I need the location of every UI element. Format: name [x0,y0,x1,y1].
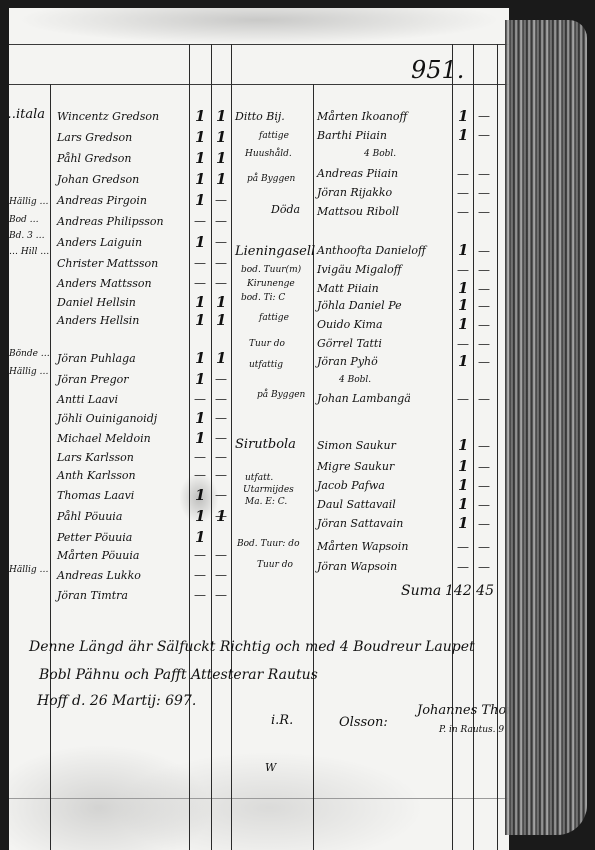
count-mark: — [194,215,206,227]
count-mark: 1 [195,130,205,145]
count-mark: 1 [195,488,205,503]
list-item: 4 Bobl. [364,150,396,159]
signature-name-2: Johannes Thorn [417,704,509,717]
header-rule [9,84,509,85]
list-item: Anthoofta Danieloff [317,245,426,256]
note: Bod. Tuur: do [237,540,300,549]
count-mark: — [478,264,490,276]
list-item: Andreas Philipsson [57,216,164,227]
list-item: Ivigäu Migaloff [317,264,402,275]
list-item: Johan Gredson [57,174,139,185]
book-page-edges [505,20,587,835]
col-line-count1-left [189,44,190,850]
page-number: 951. [411,58,464,82]
note: bod. Tuur(m) [241,266,301,275]
list-item: Barthi Piiain [317,130,387,141]
count-mark: 1 [216,130,226,145]
margin-label: Hällig … [9,368,48,377]
list-item: Antti Laavi [57,394,118,405]
count-mark: — [215,412,227,424]
count-mark: — [478,461,490,473]
count-mark: — [215,549,227,561]
list-item: Jöran Sattavain [317,518,403,529]
col-line-name-right [313,84,314,850]
list-item: Christer Mattsson [57,258,158,269]
count-mark: — [194,549,206,561]
note: Ma. E: C. [245,498,287,507]
place-name: Sirutbola [235,438,296,451]
attestation-line-2: Bobl Pähnu och Pafft Attesterar Rautus [39,668,318,682]
count-mark: — [478,206,490,218]
count-mark: 1 [195,109,205,124]
count-mark: 1 [195,235,205,250]
count-mark: — [478,338,490,350]
count-mark: 1 [216,295,226,310]
list-item: Jöran Timtra [57,590,128,601]
count-mark: — [215,569,227,581]
count-mark: — [457,561,469,573]
count-mark: 1 [458,459,468,474]
note: utfatt. [245,474,273,483]
signature-title: P. in Rautus. 9 [439,726,504,735]
list-item: Jöhli Ouiniganoidj [57,413,157,424]
count-mark: — [194,257,206,269]
col-line-mid [231,44,232,850]
list-item: Lars Karlsson [57,452,134,463]
count-mark: — [457,168,469,180]
list-item: Matt Piiain [317,283,379,294]
count-mark: — [478,187,490,199]
count-mark: — [457,338,469,350]
col-line-count2-left [211,44,212,850]
list-item: Michael Meldoin [57,433,151,444]
count-mark: 1 [458,243,468,258]
list-item: Anth Karlsson [57,470,136,481]
bottom-rule [9,798,509,799]
list-item: Lars Gredson [57,132,132,143]
list-item: Görrel Tatti [317,338,382,349]
margin-label: … Hill … [9,248,49,257]
place-name: Lieningasell [235,245,315,258]
list-item: Jöhla Daniel Pe [317,300,402,311]
count-mark: 1 [195,351,205,366]
list-item: Jöran Rijakko [317,187,392,198]
list-item: Andreas Pirgoin [57,195,147,206]
list-item: Jöran Wapsoin [317,561,397,572]
list-item: Petter Pöuuia [57,532,132,543]
list-item: Ouido Kima [317,319,383,330]
count-mark: — [215,432,227,444]
count-mark: 1 [458,478,468,493]
list-item: Andreas Lukko [57,570,141,581]
count-mark: — [215,215,227,227]
bottom-mark: W [265,762,276,773]
note: Döda [271,204,300,215]
list-item: 4 Bobl. [339,376,371,385]
list-item: Thomas Laavi [57,490,134,501]
list-item: Mårten Pöuuia [57,550,139,561]
count-mark: — [215,393,227,405]
note: Kirunenge [247,280,295,289]
count-mark: — [457,393,469,405]
count-mark: 1 [458,109,468,124]
margin-label: Hällig … [9,198,48,207]
count-mark: 1 [216,509,226,524]
attestation-line-1: Denne Längd ähr Sälfuckt Richtig och med… [29,640,475,654]
count-mark: 1 [195,530,205,545]
sum-label: Suma [401,584,441,598]
list-item: Johan Lambangä [317,393,411,404]
count-mark: 1 [195,295,205,310]
count-mark: — [478,356,490,368]
count-mark: 1 [458,128,468,143]
count-mark: — [478,541,490,553]
note: Huushåld. [245,150,292,159]
list-item: Mårten Wapsoin [317,541,408,552]
count-mark: 1 [216,109,226,124]
margin-label: Hällig … [9,566,48,575]
list-item: Jöran Pyhö [317,356,378,367]
note: Ditto Bij. [235,111,285,122]
list-item: Jacob Pafwa [317,480,385,491]
count-mark: — [478,499,490,511]
col-line-name-left [50,84,51,850]
count-mark: — [478,561,490,573]
list-item: Simon Saukur [317,440,396,451]
count-mark: — [478,393,490,405]
count-mark: — [215,469,227,481]
signature-name-1: Olsson: [339,716,388,729]
list-item: Daniel Hellsin [57,297,136,308]
list-item: Anders Mattsson [57,278,152,289]
note: på Byggen [257,391,305,400]
count-mark: — [478,480,490,492]
count-mark: 1 [216,351,226,366]
list-item: Anders Hellsin [57,315,139,326]
count-mark: — [478,129,490,141]
count-mark: — [457,541,469,553]
list-item: Migre Saukur [317,461,394,472]
list-item: Mattsou Riboll [317,206,399,217]
margin-label: Bod … [9,216,39,225]
count-mark: — [215,257,227,269]
count-mark: — [457,264,469,276]
count-mark: 1 [216,172,226,187]
count-mark: — [194,589,206,601]
count-mark: — [478,110,490,122]
list-item: Mårten Ikoanoff [317,111,407,122]
count-mark: 1 [216,151,226,166]
list-item: Andreas Piiain [317,168,398,179]
top-rule [9,44,509,45]
left-place-name: …itala [9,108,45,121]
count-mark: 1 [458,317,468,332]
count-mark: — [457,206,469,218]
list-item: Jöran Puhlaga [57,353,136,364]
sum-value: 142 45 [445,584,494,598]
count-mark: — [478,245,490,257]
note: Tuur do [257,561,293,570]
count-mark: 1 [195,172,205,187]
count-mark: — [215,589,227,601]
count-mark: 1 [195,509,205,524]
count-mark: 1 [458,298,468,313]
count-mark: — [457,187,469,199]
list-item: Wincentz Gredson [57,111,159,122]
count-mark: — [478,283,490,295]
count-mark: 1 [458,438,468,453]
note: på Byggen [247,175,295,184]
note: bod. Ti: C [241,294,285,303]
count-mark: — [194,451,206,463]
count-mark: 1 [195,151,205,166]
margin-label: Bönde … [9,350,50,359]
note: fattige [259,314,289,323]
count-mark: — [215,451,227,463]
count-mark: — [215,194,227,206]
list-item: Anders Laiguin [57,237,142,248]
count-mark: — [478,300,490,312]
count-mark: — [194,393,206,405]
count-mark: — [215,489,227,501]
note: utfattig [249,361,283,370]
count-mark: — [478,168,490,180]
count-mark: — [194,569,206,581]
count-mark: 1 [195,431,205,446]
margin-label: Bd. 3 … [9,232,45,241]
count-mark: — [478,518,490,530]
signature-initials: i.R. [271,714,293,727]
list-item: Påhl Gredson [57,153,132,164]
count-mark: 1 [195,372,205,387]
count-mark: — [478,319,490,331]
count-mark: 1 [195,193,205,208]
count-mark: 1 [195,411,205,426]
count-mark: — [215,373,227,385]
ledger-page: 951. …itala Hällig … Bod … Bd. 3 … … Hil… [9,8,509,850]
count-mark: 1 [216,313,226,328]
note: fattige [259,132,289,141]
count-mark: 1 [458,281,468,296]
count-mark: — [215,236,227,248]
list-item: Daul Sattavail [317,499,396,510]
count-mark: — [194,277,206,289]
count-mark: — [194,469,206,481]
note: Utarmijdes [243,486,294,495]
count-mark: 1 [195,313,205,328]
count-mark: 1 [458,497,468,512]
count-mark: 1 [458,354,468,369]
count-mark: 1 [458,516,468,531]
list-item: Jöran Pregor [57,374,129,385]
count-mark: — [215,277,227,289]
list-item: Påhl Pöuuia [57,511,122,522]
count-mark: — [478,440,490,452]
note: Tuur do [249,340,285,349]
attestation-line-3: Hoff d. 26 Martij: 697. [37,694,196,708]
